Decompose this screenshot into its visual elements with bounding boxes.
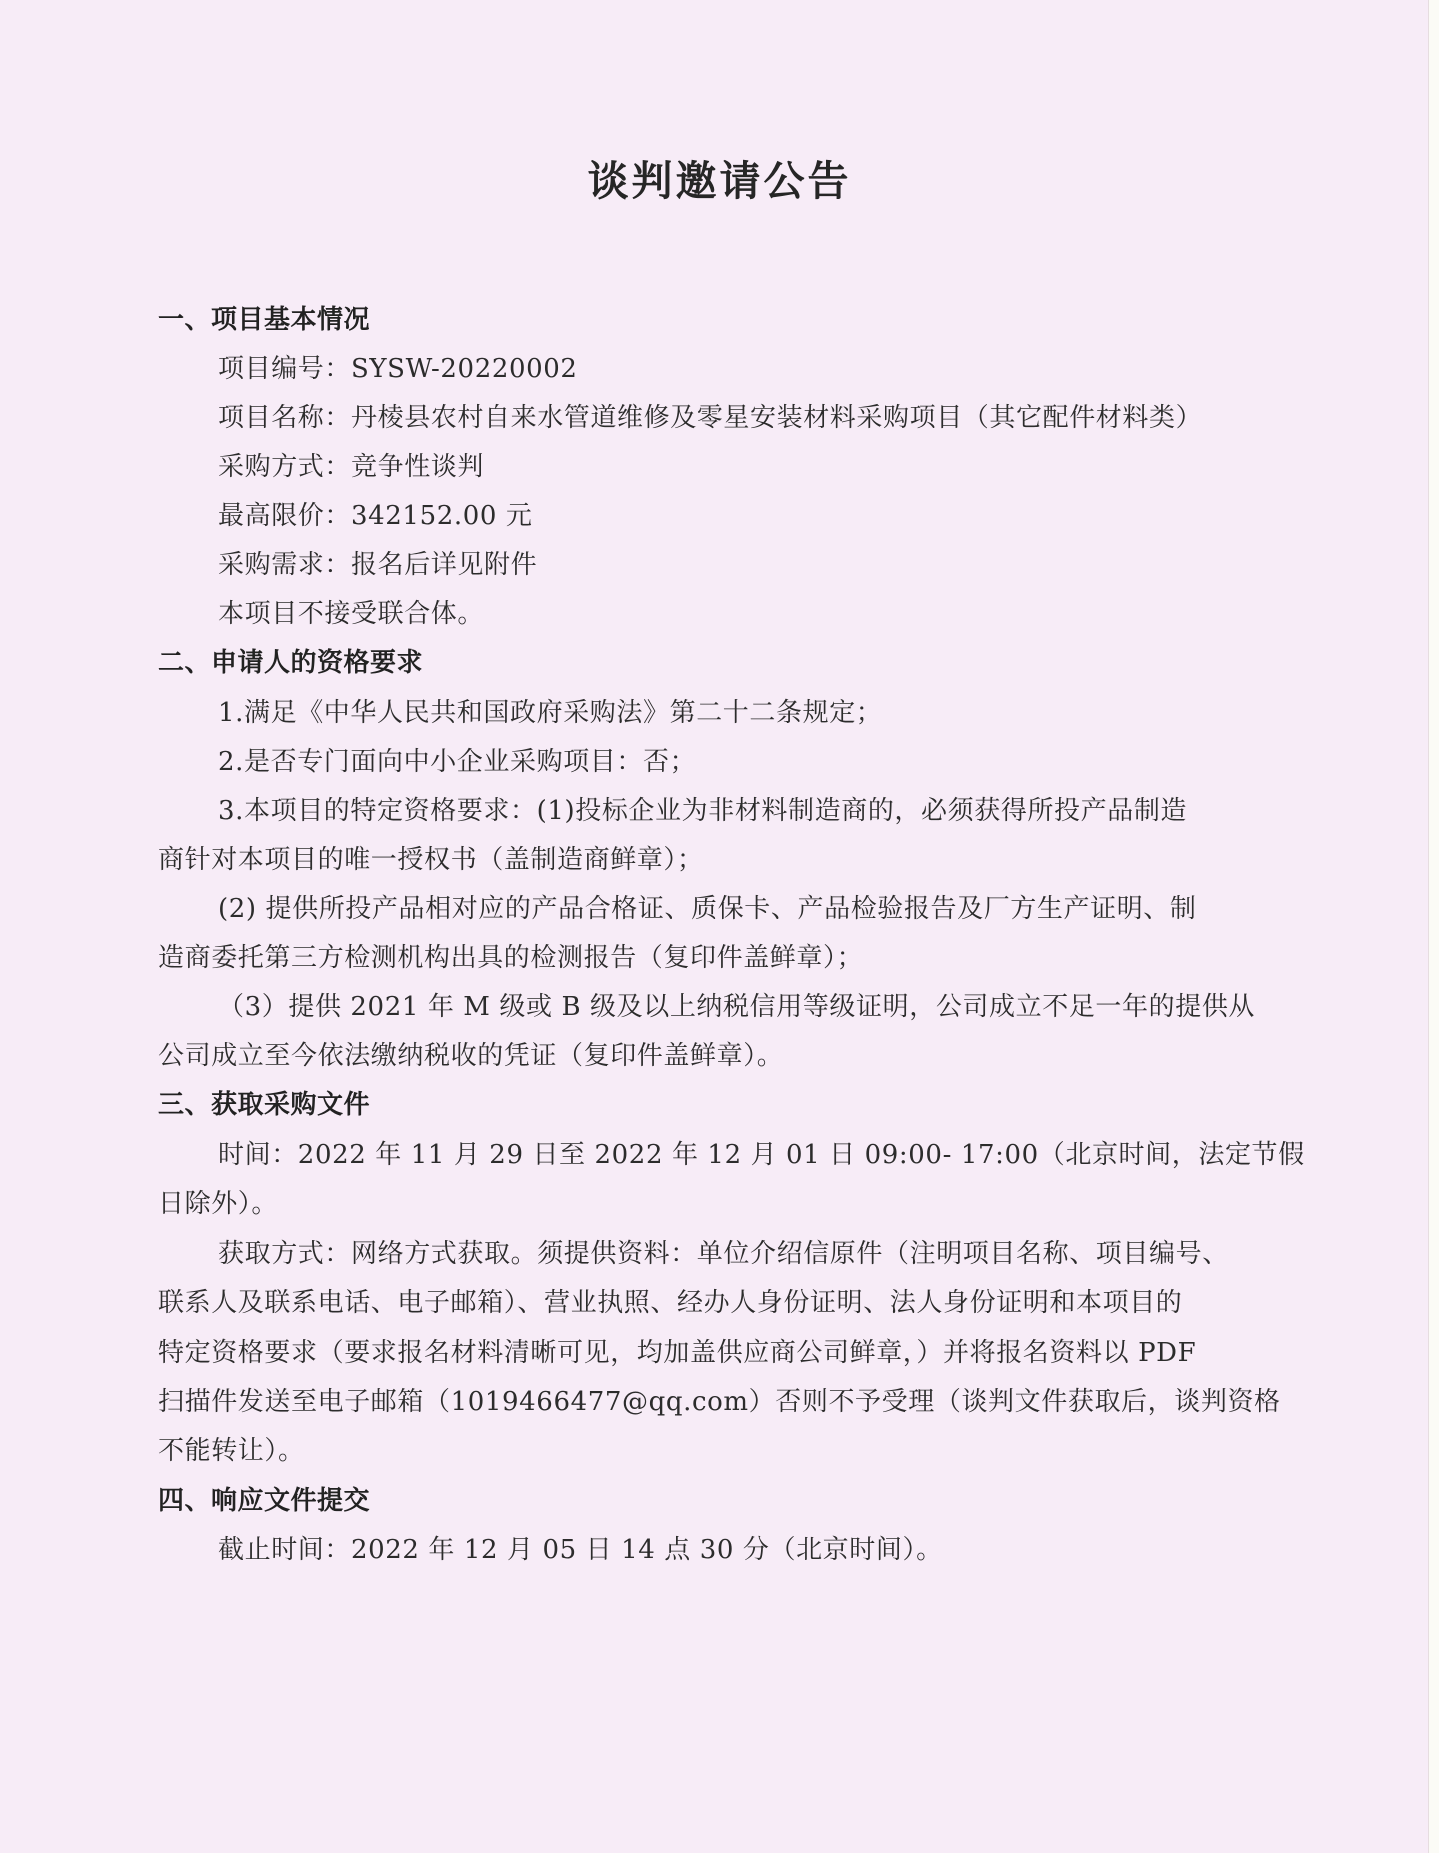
obtain-method-cont-1: 联系人及联系电话、电子邮箱）、营业执照、经办人身份证明、法人身份证明和本项目的 (158, 1286, 1182, 1320)
document-title: 谈判邀请公告 (0, 148, 1439, 207)
procurement-requirement: 采购需求：报名后详见附件 (218, 548, 537, 582)
section-heading-submission: 四、响应文件提交 (158, 1484, 370, 1518)
qualification-item-3-3-cont: 公司成立至今依法缴纳税收的凭证（复印件盖鲜章）。 (158, 1039, 783, 1073)
qualification-item-3-2-cont: 造商委托第三方检测机构出具的检测报告（复印件盖鲜章）； (158, 941, 863, 975)
qualification-item-2: 2.是否专门面向中小企业采购项目：否； (218, 745, 696, 779)
obtain-method-cont-2: 特定资格要求（要求报名材料清晰可见，均加盖供应商公司鲜章，）并将报名资料以 PD… (158, 1336, 1196, 1370)
procurement-method: 采购方式：竞争性谈判 (218, 450, 484, 484)
obtain-method: 获取方式：网络方式获取。须提供资料：单位介绍信原件（注明项目名称、项目编号、 (218, 1237, 1229, 1271)
obtain-method-cont-3: 扫描件发送至电子邮箱（1019466477@qq.com）否则不予受理（谈判文件… (158, 1385, 1281, 1419)
section-heading-basic-info: 一、项目基本情况 (158, 303, 370, 337)
project-number: 项目编号：SYSW-20220002 (218, 352, 578, 386)
qualification-item-3: 3.本项目的特定资格要求：(1)投标企业为非材料制造商的，必须获得所投产品制造 (218, 794, 1187, 828)
qualification-item-3-cont: 商针对本项目的唯一授权书（盖制造商鲜章）； (158, 843, 704, 877)
obtain-method-cont-4: 不能转让）。 (158, 1434, 305, 1468)
price-cap: 最高限价：342152.00 元 (218, 499, 532, 533)
submission-deadline: 截止时间：2022 年 12 月 05 日 14 点 30 分（北京时间）。 (218, 1533, 943, 1567)
document-page: 谈判邀请公告 一、项目基本情况 项目编号：SYSW-20220002 项目名称：… (0, 0, 1428, 1853)
scan-edge-strip (1428, 0, 1439, 1853)
obtain-time-cont: 日除外）。 (158, 1187, 278, 1221)
obtain-time: 时间：2022 年 11 月 29 日至 2022 年 12 月 01 日 09… (218, 1138, 1305, 1172)
consortium-note: 本项目不接受联合体。 (218, 597, 484, 631)
qualification-item-3-3: （3）提供 2021 年 M 级或 B 级及以上纳税信用等级证明，公司成立不足一… (218, 990, 1255, 1024)
qualification-item-3-2: (2) 提供所投产品相对应的产品合格证、质保卡、产品检验报告及厂方生产证明、制 (218, 892, 1197, 926)
section-heading-qualifications: 二、申请人的资格要求 (158, 646, 423, 680)
section-heading-obtain-documents: 三、获取采购文件 (158, 1088, 370, 1122)
project-name: 项目名称：丹棱县农村自来水管道维修及零星安装材料采购项目（其它配件材料类） (218, 401, 1202, 435)
qualification-item-1: 1.满足《中华人民共和国政府采购法》第二十二条规定； (218, 696, 882, 730)
